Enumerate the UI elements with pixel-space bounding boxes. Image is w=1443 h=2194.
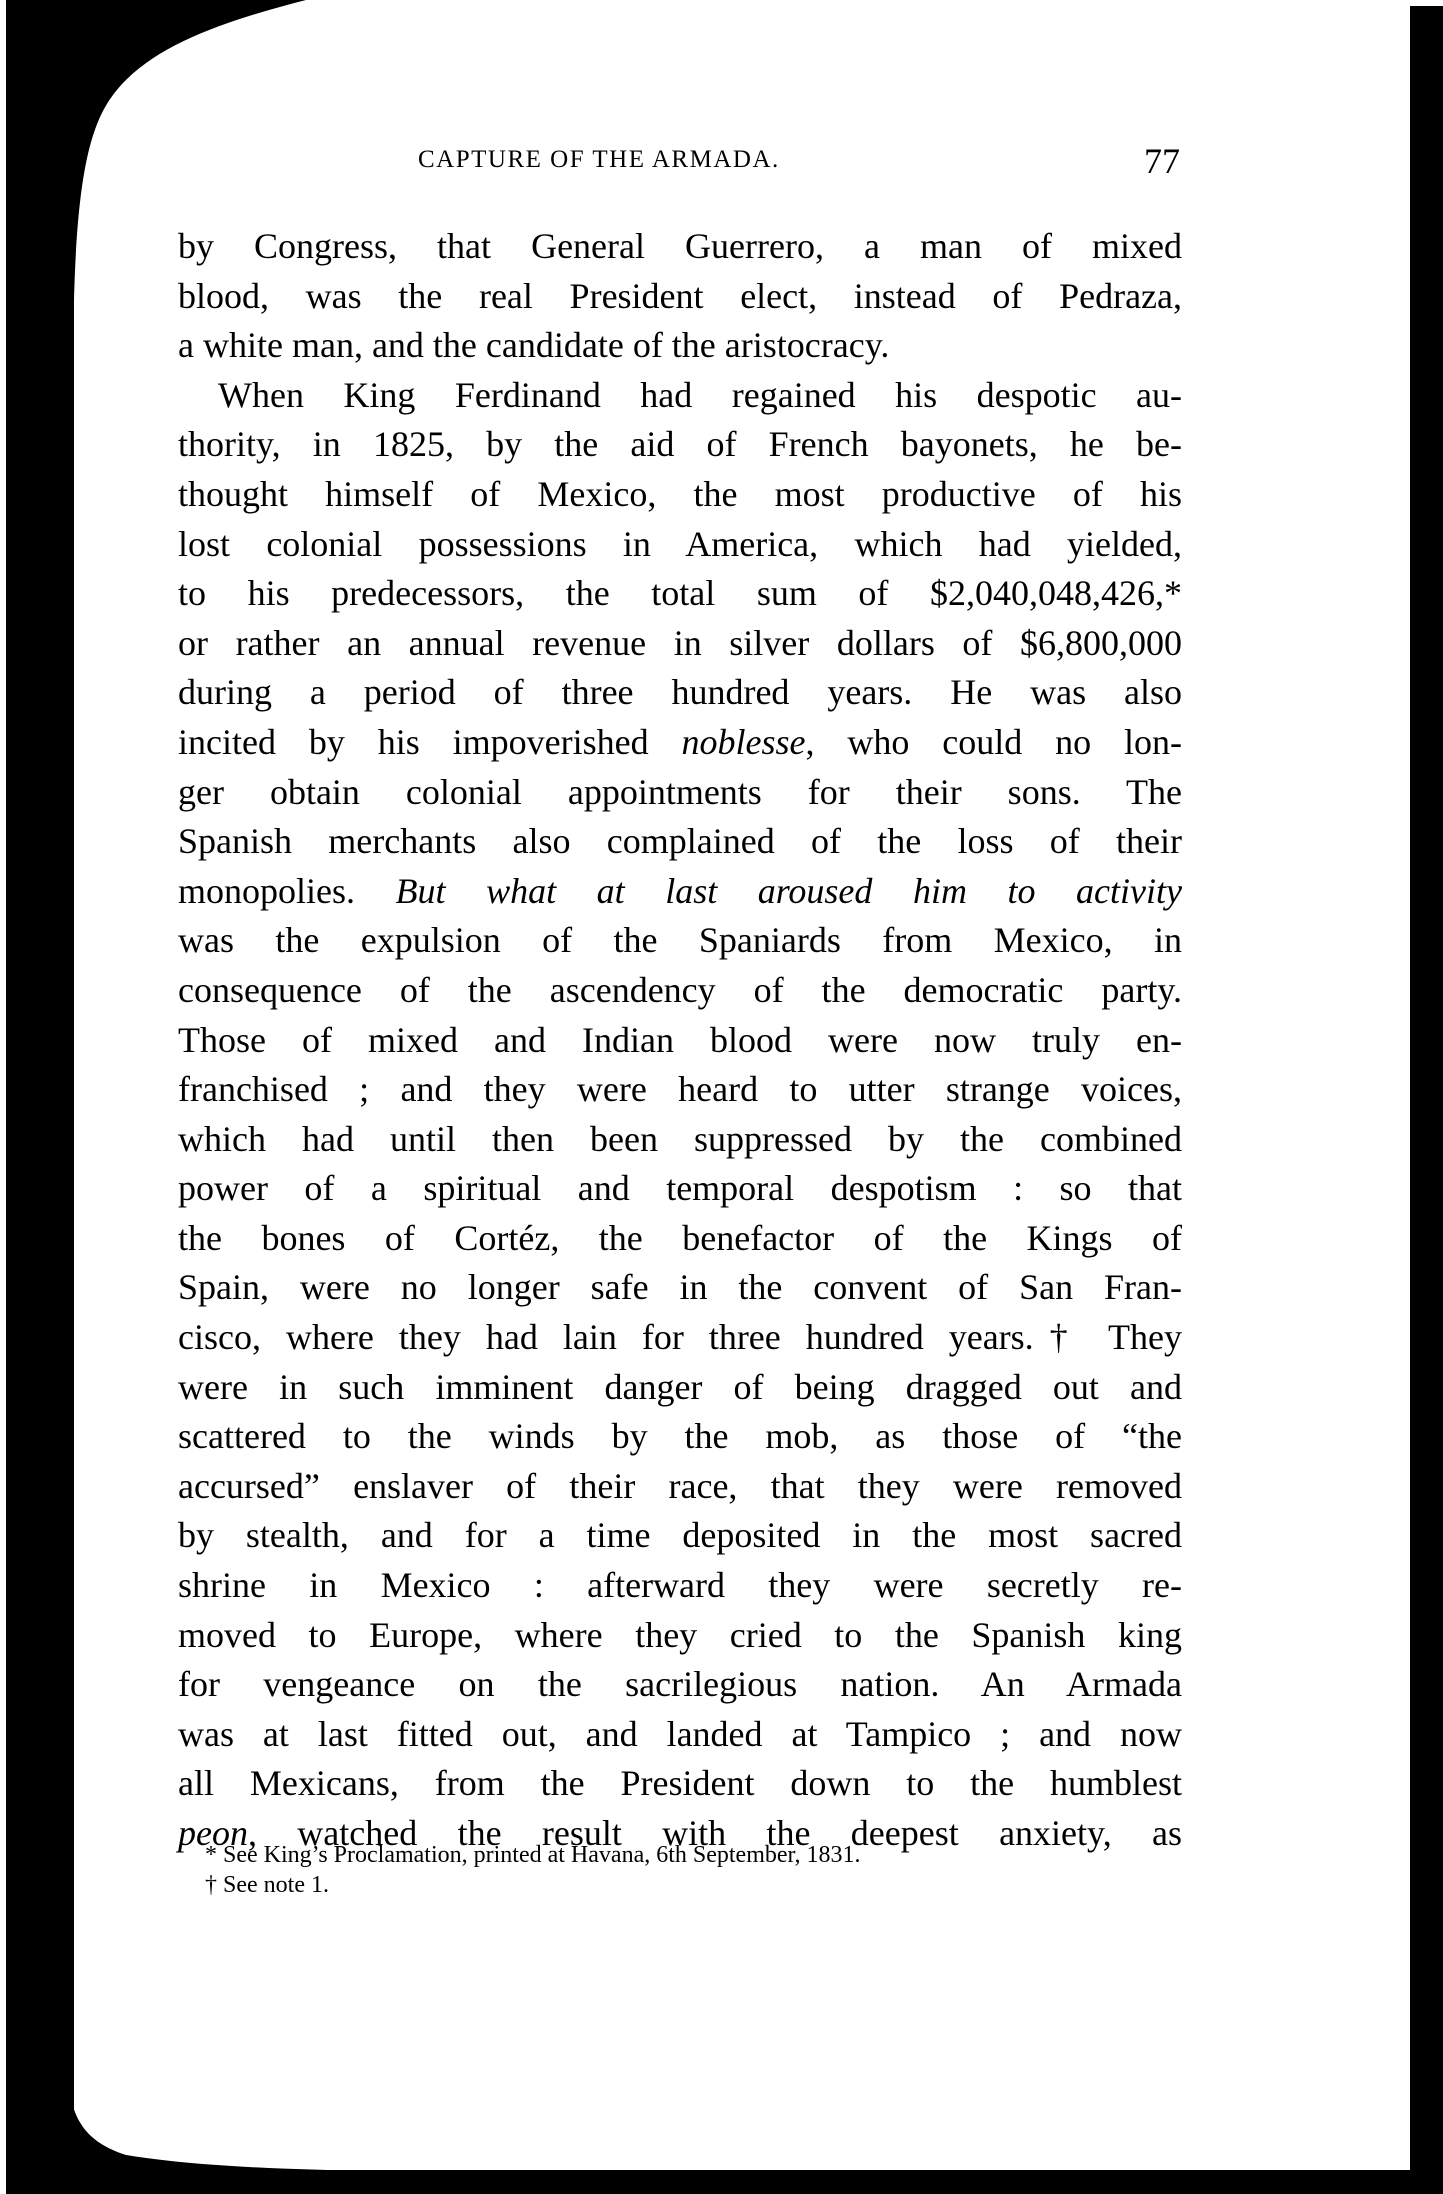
text-line: Spain, were no longer safe in the conven… <box>178 1263 1182 1313</box>
text-line: thought himself of Mexico, the most prod… <box>178 470 1182 520</box>
text-line: were in such imminent danger of being dr… <box>178 1363 1182 1413</box>
text-run: , who could no lon- <box>805 722 1182 762</box>
footnote-mark-dagger: † <box>205 1870 223 1900</box>
text-line: or rather an annual revenue in silver do… <box>178 619 1182 669</box>
footnote: *See King’s Proclamation, printed at Hav… <box>205 1840 1185 1870</box>
footnote: †See note 1. <box>205 1870 1185 1900</box>
text-run: incited by his impoverished <box>178 722 682 762</box>
text-line: for vengeance on the sacrilegious nation… <box>178 1660 1182 1710</box>
footnote-text: See note 1. <box>223 1872 329 1898</box>
text-line: accursed” enslaver of their race, that t… <box>178 1462 1182 1512</box>
footnote-text: See King’s Proclamation, printed at Hava… <box>223 1842 861 1868</box>
text-line: to his predecessors, the total sum of $2… <box>178 569 1182 619</box>
text-line: cisco, where they had lain for three hun… <box>178 1313 1182 1363</box>
text-line: ger obtain colonial appointments for the… <box>178 768 1182 818</box>
book-page: CAPTURE OF THE ARMADA. 77 by Congress, t… <box>0 0 1443 2194</box>
text-line: was the expulsion of the Spaniards from … <box>178 916 1182 966</box>
page-number: 77 <box>1144 140 1180 182</box>
italic-emphasis: But what at last aroused him to activity <box>396 871 1182 911</box>
text-line: monopolies. But what at last aroused him… <box>178 867 1182 917</box>
text-line: moved to Europe, where they cried to the… <box>178 1611 1182 1661</box>
italic-term-noblesse: noblesse <box>682 722 806 762</box>
text-line: Spanish merchants also complained of the… <box>178 817 1182 867</box>
text-line: shrine in Mexico : afterward they were s… <box>178 1561 1182 1611</box>
text-line: by stealth, and for a time deposited in … <box>178 1511 1182 1561</box>
text-line: was at last fitted out, and landed at Ta… <box>178 1710 1182 1760</box>
text-run: monopolies. <box>178 871 396 911</box>
footnote-mark-asterisk: * <box>205 1840 223 1870</box>
text-line: thority, in 1825, by the aid of French b… <box>178 420 1182 470</box>
text-line: during a period of three hundred years. … <box>178 668 1182 718</box>
text-line: all Mexicans, from the President down to… <box>178 1759 1182 1809</box>
text-line: the bones of Cortéz, the benefactor of t… <box>178 1214 1182 1264</box>
text-line: by Congress, that General Guerrero, a ma… <box>178 222 1182 272</box>
text-line: franchised ; and they were heard to utte… <box>178 1065 1182 1115</box>
text-line: incited by his impoverished noblesse, wh… <box>178 718 1182 768</box>
running-title: CAPTURE OF THE ARMADA. <box>418 146 780 174</box>
running-head: CAPTURE OF THE ARMADA. 77 <box>418 146 1188 180</box>
text-line: a white man, and the candidate of the ar… <box>178 321 1182 371</box>
text-line: power of a spiritual and temporal despot… <box>178 1164 1182 1214</box>
text-line: consequence of the ascendency of the dem… <box>178 966 1182 1016</box>
paragraph-first-line: When King Ferdinand had regained his des… <box>178 371 1182 421</box>
text-line: lost colonial possessions in America, wh… <box>178 520 1182 570</box>
body-text: by Congress, that General Guerrero, a ma… <box>178 222 1182 1859</box>
footnotes: *See King’s Proclamation, printed at Hav… <box>205 1840 1185 1900</box>
text-line: scattered to the winds by the mob, as th… <box>178 1412 1182 1462</box>
text-line: Those of mixed and Indian blood were now… <box>178 1016 1182 1066</box>
text-line: which had until then been suppressed by … <box>178 1115 1182 1165</box>
text-line: blood, was the real President elect, ins… <box>178 272 1182 322</box>
